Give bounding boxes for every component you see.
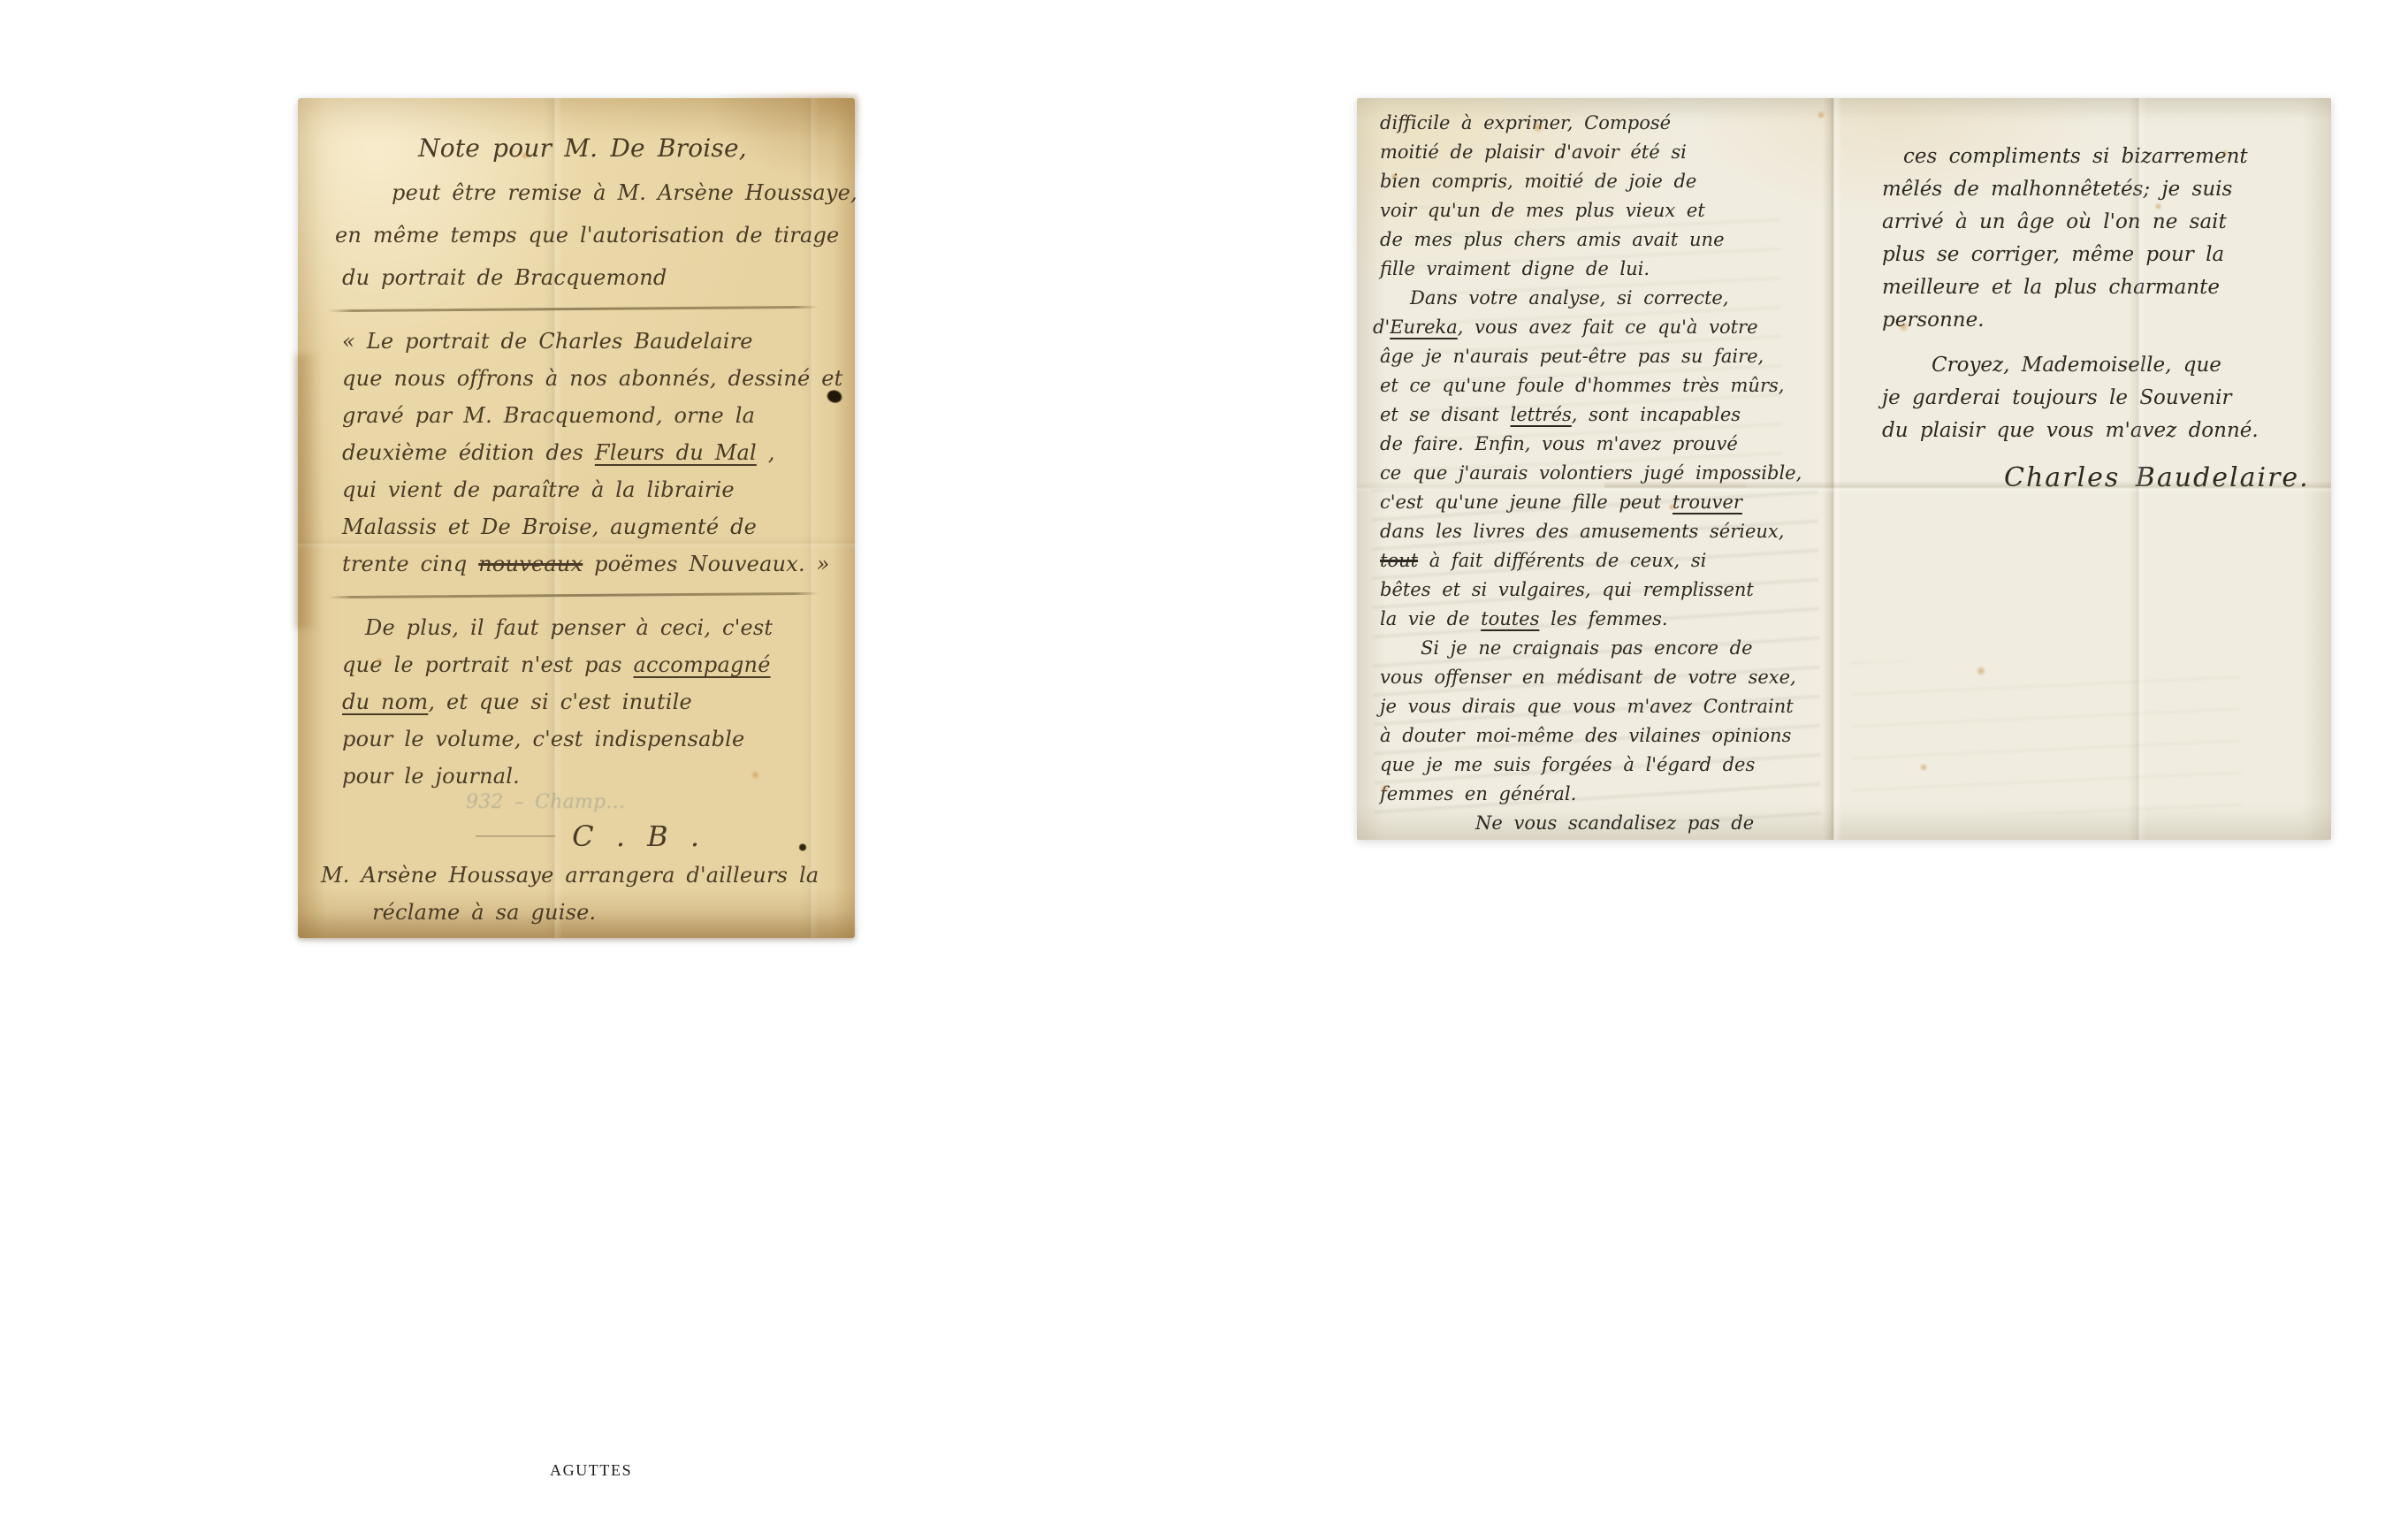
manuscript-line: tout à fait différents de ceux, si	[1380, 546, 1825, 575]
manuscript-line: en même temps que l'autorisation de tira…	[335, 217, 823, 254]
manuscript-line: meilleure et la plus charmante	[1882, 271, 2287, 304]
manuscript-line: difficile à exprimer, Composé	[1380, 109, 1825, 138]
manuscript-line: bien compris, moitié de joie de	[1380, 167, 1825, 196]
handwritten-text: De plus, il faut penser à ceci, c'est	[365, 615, 773, 640]
handwritten-text: qui vient de paraître à la librairie	[342, 477, 735, 502]
letter-text-block: difficile à exprimer, Composémoitié de p…	[1357, 98, 1833, 838]
manuscript-line: M. Arsène Houssaye arrangera d'ailleurs …	[321, 857, 823, 894]
catalog-scan-page: Note pour M. De Broise,peut être remise …	[0, 0, 2408, 1532]
struck-out-text: nouveaux	[478, 552, 583, 576]
handwritten-text: du plaisir que vous m'avez donné.	[1882, 419, 2259, 442]
handwritten-text: femmes en général.	[1380, 783, 1576, 804]
handwritten-text: , vous avez fait ce qu'à votre	[1458, 316, 1758, 338]
letter-right-page: ces compliments si bizarrementmêlés de m…	[1833, 98, 2331, 840]
manuscript-line: la vie de toutes les femmes.	[1380, 605, 1825, 634]
manuscript-line: vous offenser en médisant de votre sexe,	[1380, 663, 1825, 692]
handwritten-text: je vous dirais que vous m'avez Contraint	[1380, 696, 1794, 717]
manuscript-line: fille vraiment digne de lui.	[1380, 255, 1825, 284]
manuscript-line: de mes plus chers amis avait une	[1380, 225, 1825, 255]
left-manuscript-note: Note pour M. De Broise,peut être remise …	[298, 98, 855, 938]
underlined-text: lettrés	[1511, 404, 1572, 425]
manuscript-line: femmes en général.	[1380, 780, 1825, 809]
handwritten-text: ces compliments si bizarrement	[1903, 145, 2248, 168]
handwritten-text: Note pour M. De Broise,	[418, 133, 747, 163]
underlined-text: toutes	[1481, 608, 1539, 629]
handwritten-text: —————	[475, 824, 554, 845]
handwritten-text: personne.	[1882, 309, 1985, 332]
manuscript-line: arrivé à un âge où l'on ne sait	[1882, 206, 2287, 239]
manuscript-line: du plaisir que vous m'avez donné.	[1882, 415, 2287, 447]
manuscript-line: bêtes et si vulgaires, qui remplissent	[1380, 575, 1825, 605]
manuscript-line: De plus, il faut penser à ceci, c'est	[365, 609, 823, 646]
signature-line: ————— C . B .	[475, 816, 823, 855]
manuscript-line: réclame à sa guise.	[372, 894, 823, 931]
handwritten-text: M. Arsène Houssaye arrangera d'ailleurs …	[321, 863, 819, 888]
handwritten-text: fille vraiment digne de lui.	[1380, 258, 1650, 279]
manuscript-line: du nom, et que si c'est inutile	[342, 683, 823, 720]
handwritten-text: c'est qu'une jeune fille peut	[1380, 492, 1673, 513]
handwritten-text: de faire. Enfin, vous m'avez prouvé	[1380, 433, 1738, 454]
handwritten-text: à douter moi-même des vilaines opinions	[1380, 725, 1791, 746]
note-text-block: Note pour M. De Broise,peut être remise …	[298, 98, 855, 954]
handwritten-text: 932 – Champ…	[466, 791, 625, 813]
handwritten-text: Si je ne craignais pas encore de	[1421, 637, 1753, 659]
handwritten-text: Dans votre analyse, si correcte,	[1410, 287, 1729, 309]
manuscript-line: plus se corriger, même pour la	[1882, 239, 2287, 271]
underlined-text: du nom	[342, 690, 428, 714]
manuscript-line: que je me suis forgées à l'égard des	[1380, 751, 1825, 780]
handwritten-text: et ce qu'une foule d'hommes très mûrs,	[1380, 375, 1784, 396]
struck-out-text: tout	[1380, 550, 1418, 571]
manuscript-line: ce que j'aurais volontiers jugé impossib…	[1380, 459, 1825, 488]
manuscript-line: Ne vous scandalisez pas de	[1475, 809, 1825, 838]
manuscript-line: et ce qu'une foule d'hommes très mûrs,	[1380, 371, 1825, 400]
handwritten-text: du portrait de Bracquemond	[342, 265, 667, 290]
underlined-text: Eureka	[1390, 316, 1458, 338]
handwritten-text: la vie de	[1380, 608, 1481, 629]
manuscript-line: de faire. Enfin, vous m'avez prouvé	[1380, 430, 1825, 459]
handwritten-text: réclame à sa guise.	[372, 900, 596, 925]
handwritten-text: je garderai toujours le Souvenir	[1882, 386, 2231, 409]
handwritten-text: que nous offrons à nos abonnés, dessiné …	[342, 366, 843, 391]
manuscript-line: dans les livres des amusements sérieux,	[1380, 517, 1825, 546]
handwritten-text: deuxième édition des	[342, 440, 595, 465]
handwritten-text: pour le volume, c'est indispensable	[342, 727, 744, 751]
manuscript-line: pour le volume, c'est indispensable	[342, 720, 823, 758]
manuscript-line: voir qu'un de mes plus vieux et	[1380, 196, 1825, 225]
handwritten-text: Charles Baudelaire.	[2004, 462, 2310, 493]
handwritten-text: Croyez, Mademoiselle, que	[1932, 354, 2221, 377]
manuscript-line: Dans votre analyse, si correcte,	[1410, 284, 1825, 313]
manuscript-line: Note pour M. De Broise,	[342, 128, 823, 169]
handwritten-text: moitié de plaisir d'avoir été si	[1380, 141, 1687, 163]
manuscript-line: je vous dirais que vous m'avez Contraint	[1380, 692, 1825, 721]
manuscript-line: deuxième édition des Fleurs du Mal ,	[342, 434, 823, 471]
handwritten-text: en même temps que l'autorisation de tira…	[335, 223, 839, 248]
manuscript-line: peut être remise à M. Arsène Houssaye,	[392, 174, 823, 211]
handwritten-text: à fait différents de ceux, si	[1418, 550, 1706, 571]
handwritten-text: gravé par M. Bracquemond, orne la	[342, 403, 755, 428]
manuscript-line: trente cinq nouveaux poëmes Nouveaux. »	[342, 545, 823, 583]
handwritten-text: « Le portrait de Charles Baudelaire	[342, 329, 753, 354]
handwritten-text: mêlés de malhonnêtetés; je suis	[1882, 178, 2232, 201]
underlined-text: trouver	[1673, 492, 1742, 513]
pencil-annotation: 932 – Champ…	[466, 784, 823, 821]
handwritten-text: voir qu'un de mes plus vieux et	[1380, 200, 1705, 221]
underlined-text: Fleurs du Mal	[595, 440, 757, 465]
manuscript-line: d'Eureka, vous avez fait ce qu'à votre	[1373, 313, 1825, 342]
handwritten-text: peut être remise à M. Arsène Houssaye,	[392, 180, 857, 205]
handwritten-text: que le portrait n'est pas	[342, 652, 634, 677]
handwritten-text: C . B .	[554, 819, 704, 853]
signature-line: Charles Baudelaire.	[2004, 461, 2287, 494]
manuscript-line: c'est qu'une jeune fille peut trouver	[1380, 488, 1825, 517]
manuscript-line: Croyez, Mademoiselle, que	[1932, 349, 2287, 382]
auction-house-name: AGUTTES	[550, 1461, 632, 1480]
handwritten-text: que je me suis forgées à l'égard des	[1380, 754, 1755, 775]
manuscript-line: gravé par M. Bracquemond, orne la	[342, 397, 823, 434]
handwritten-text: arrivé à un âge où l'on ne sait	[1882, 210, 2227, 233]
manuscript-line: et se disant lettrés, sont incapables	[1380, 400, 1825, 430]
handwritten-text: poëmes Nouveaux. »	[583, 552, 829, 576]
handwritten-text: d'	[1373, 316, 1390, 338]
manuscript-line: ces compliments si bizarrement	[1903, 141, 2287, 173]
handwritten-text: Malassis et De Broise, augmenté de	[342, 514, 757, 539]
manuscript-line: je garderai toujours le Souvenir	[1882, 382, 2287, 415]
handwritten-text: trente cinq	[342, 552, 478, 576]
handdrawn-divider	[328, 592, 819, 598]
handwritten-text: bêtes et si vulgaires, qui remplissent	[1380, 579, 1754, 600]
handwritten-text: de mes plus chers amis avait une	[1380, 229, 1725, 250]
manuscript-line: mêlés de malhonnêtetés; je suis	[1882, 173, 2287, 206]
manuscript-line: que nous offrons à nos abonnés, dessiné …	[342, 360, 823, 397]
handwritten-text: , et que si c'est inutile	[428, 690, 692, 714]
manuscript-line: Si je ne craignais pas encore de	[1421, 634, 1825, 663]
handwritten-text: plus se corriger, même pour la	[1882, 243, 2224, 266]
handwritten-text: difficile à exprimer, Composé	[1380, 112, 1671, 133]
handwritten-text: dans les livres des amusements sérieux,	[1380, 521, 1784, 542]
handwritten-text: vous offenser en médisant de votre sexe,	[1380, 667, 1796, 688]
manuscript-line: à douter moi-même des vilaines opinions	[1380, 721, 1825, 751]
handwritten-text: ce que j'aurais volontiers jugé impossib…	[1380, 462, 1802, 484]
handdrawn-divider	[328, 306, 819, 312]
manuscript-line: moitié de plaisir d'avoir été si	[1380, 138, 1825, 167]
letter-text-block: ces compliments si bizarrementmêlés de m…	[1833, 98, 2331, 494]
underlined-text: accompagné	[634, 652, 771, 677]
handwritten-text: meilleure et la plus charmante	[1882, 276, 2220, 299]
handwritten-text: , sont incapables	[1572, 404, 1741, 425]
manuscript-line: Malassis et De Broise, augmenté de	[342, 508, 823, 545]
handwritten-text: âge je n'aurais peut-être pas su faire,	[1380, 346, 1764, 367]
handwritten-text: bien compris, moitié de joie de	[1380, 171, 1696, 192]
manuscript-line: âge je n'aurais peut-être pas su faire,	[1380, 342, 1825, 371]
handwritten-text: Ne vous scandalisez pas de	[1475, 812, 1754, 834]
manuscript-line: que le portrait n'est pas accompagné	[342, 646, 823, 683]
manuscript-line: qui vient de paraître à la librairie	[342, 471, 823, 508]
handwritten-text: les femmes.	[1539, 608, 1667, 629]
handwritten-text: et se disant	[1380, 404, 1511, 425]
manuscript-line: du portrait de Bracquemond	[342, 259, 823, 296]
manuscript-line: personne.	[1882, 304, 2287, 337]
handwritten-text: ,	[757, 440, 775, 465]
manuscript-line: « Le portrait de Charles Baudelaire	[342, 323, 823, 360]
letter-left-page: difficile à exprimer, Composémoitié de p…	[1357, 98, 1833, 840]
right-manuscript-letter: difficile à exprimer, Composémoitié de p…	[1357, 98, 2331, 840]
